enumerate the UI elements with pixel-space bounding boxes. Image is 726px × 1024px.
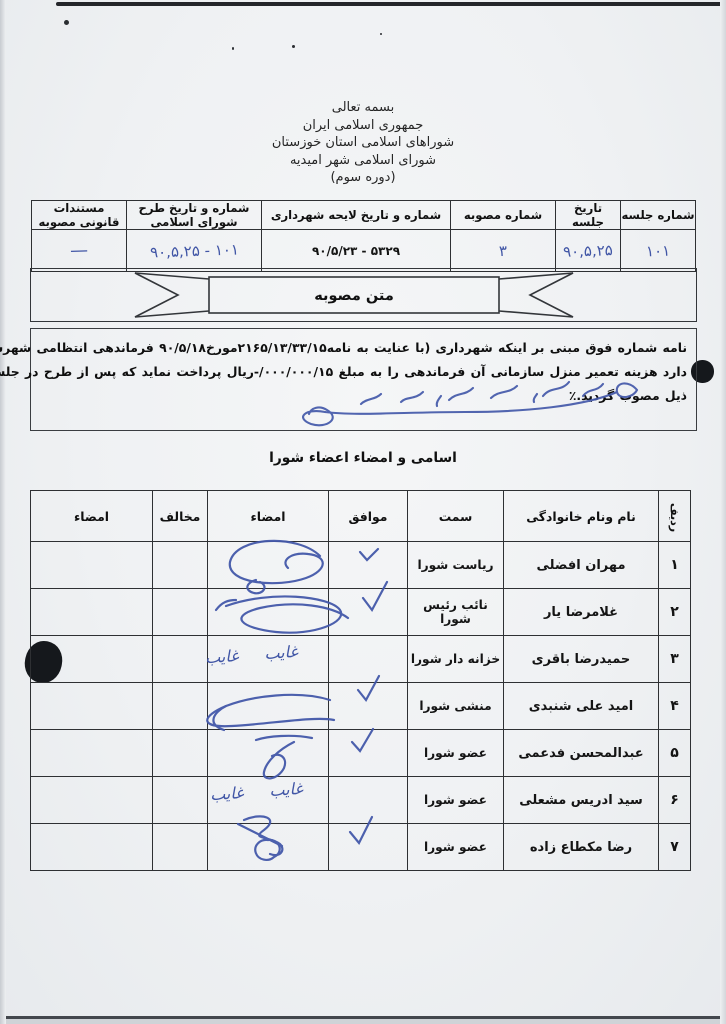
member-position: عضو شورا — [408, 824, 504, 871]
member-row: ۷ رضا مکطاع زاده عضو شورا — [31, 824, 691, 871]
session-info-header-row: شماره جلسه تاریخ جلسه شماره مصوبه شماره … — [32, 201, 696, 230]
scanned-council-resolution-page: بسمه تعالی جمهوری اسلامی ایران شوراهای ا… — [0, 0, 726, 1024]
header-signature-2: امضاء — [31, 491, 153, 542]
agree-cell — [329, 542, 408, 589]
member-row: ۳ حمیدرضا باقری خزانه دار شورا — [31, 636, 691, 683]
member-row: ۱ مهران افضلی ریاست شورا — [31, 542, 691, 589]
scan-bottom-shadow — [0, 1019, 726, 1024]
letterhead: بسمه تعالی جمهوری اسلامی ایران شوراهای ا… — [0, 99, 726, 187]
member-row: ۶ سید ادریس مشعلی عضو شورا — [31, 777, 691, 824]
signature-cell-2 — [31, 636, 153, 683]
member-row: ۴ امید علی شنبدی منشی شورا — [31, 683, 691, 730]
header-municipality-bill: شماره و تاریخ لایحه شهرداری — [262, 201, 451, 230]
value-legal-documents: — — [32, 230, 127, 272]
members-header-row: ردیف نام ونام خانوادگی سمت موافق امضاء م… — [31, 491, 691, 542]
letterhead-basmala: بسمه تعالی — [0, 99, 726, 117]
header-row-number: ردیف — [659, 491, 691, 542]
resolution-text-box: نامه شماره فوق مبنی بر اینکه شهرداری (با… — [30, 328, 697, 431]
resolution-line-1: نامه شماره فوق مبنی بر اینکه شهرداری (با… — [40, 336, 687, 360]
oppose-cell — [153, 542, 208, 589]
amount-value: -/۰۰۰/۰۰۰/۱۵ — [254, 360, 333, 384]
signature-cell-2 — [31, 730, 153, 777]
oppose-cell — [153, 730, 208, 777]
row-number: ۵ — [659, 730, 691, 777]
session-info-table: شماره جلسه تاریخ جلسه شماره مصوبه شماره … — [31, 200, 696, 272]
value-resolution-number: ۳ — [451, 230, 556, 272]
header-legal-documents: مستندات قانونی مصوبه — [32, 201, 127, 230]
agree-cell — [329, 589, 408, 636]
scan-speck — [380, 33, 382, 35]
member-position: خزانه دار شورا — [408, 636, 504, 683]
row-number: ۷ — [659, 824, 691, 871]
oppose-cell — [153, 636, 208, 683]
header-agree: موافق — [329, 491, 408, 542]
signature-cell — [208, 542, 329, 589]
scan-top-edge — [56, 2, 726, 6]
value-session-date: ۹۰,۵,۲۵ — [556, 230, 621, 272]
member-position: نائب رئیس شورا — [408, 589, 504, 636]
signature-cell — [208, 730, 329, 777]
row-number: ۱ — [659, 542, 691, 589]
scan-speck — [64, 20, 69, 25]
resolution-banner: متن مصوبه — [30, 268, 697, 322]
letterhead-province-councils: شوراهای اسلامی استان خوزستان — [0, 134, 726, 152]
members-table: ردیف نام ونام خانوادگی سمت موافق امضاء م… — [30, 490, 691, 871]
header-signature: امضاء — [208, 491, 329, 542]
signature-cell — [208, 683, 329, 730]
member-name: سید ادریس مشعلی — [504, 777, 659, 824]
oppose-cell — [153, 777, 208, 824]
letterhead-country: جمهوری اسلامی ایران — [0, 117, 726, 135]
resolution-line-2: دارد هزینه تعمیر منزل سازمانی آن فرمانده… — [40, 360, 687, 384]
value-council-plan: ۱۰۱ - ۹۰,۵,۲۵ — [127, 230, 262, 272]
member-name: مهران افضلی — [504, 542, 659, 589]
member-name: عبدالمحسن فدعمی — [504, 730, 659, 777]
member-position: عضو شورا — [408, 730, 504, 777]
signature-cell-2 — [31, 777, 153, 824]
banner-title: متن مصوبه — [209, 278, 499, 314]
header-full-name: نام ونام خانوادگی — [504, 491, 659, 542]
header-session-number: شماره جلسه — [621, 201, 696, 230]
row-number: ۲ — [659, 589, 691, 636]
oppose-cell — [153, 589, 208, 636]
value-municipality-bill: ۵۳۲۹ - ۹۰/۵/۲۳ — [262, 230, 451, 272]
header-resolution-number: شماره مصوبه — [451, 201, 556, 230]
agree-cell — [329, 636, 408, 683]
row-number: ۳ — [659, 636, 691, 683]
row-number: ۶ — [659, 777, 691, 824]
member-name: رضا مکطاع زاده — [504, 824, 659, 871]
member-position: منشی شورا — [408, 683, 504, 730]
session-info-value-row: ۱۰۱ ۹۰,۵,۲۵ ۳ ۵۳۲۹ - ۹۰/۵/۲۳ ۱۰۱ - ۹۰,۵,… — [32, 230, 696, 272]
agree-cell — [329, 777, 408, 824]
member-row: ۲ غلامرضا یار نائب رئیس شورا — [31, 589, 691, 636]
signature-cell — [208, 824, 329, 871]
signature-cell-2 — [31, 589, 153, 636]
header-position: سمت — [408, 491, 504, 542]
signature-cell-2 — [31, 824, 153, 871]
member-name: غلامرضا یار — [504, 589, 659, 636]
member-name: حمیدرضا باقری — [504, 636, 659, 683]
member-name: امید علی شنبدی — [504, 683, 659, 730]
letterhead-term: (دوره سوم) — [0, 169, 726, 187]
value-session-number: ۱۰۱ — [621, 230, 696, 272]
agree-cell — [329, 824, 408, 871]
header-session-date: تاریخ جلسه — [556, 201, 621, 230]
header-council-plan: شماره و تاریخ طرح شورای اسلامی — [127, 201, 262, 230]
scan-speck — [292, 45, 295, 48]
letterhead-city-council: شورای اسلامی شهر امیدیه — [0, 152, 726, 170]
agree-cell — [329, 730, 408, 777]
header-oppose: مخالف — [153, 491, 208, 542]
oppose-cell — [153, 824, 208, 871]
row-number: ۴ — [659, 683, 691, 730]
member-row: ۵ عبدالمحسن فدعمی عضو شورا — [31, 730, 691, 777]
member-position: عضو شورا — [408, 777, 504, 824]
signature-cell-2 — [31, 683, 153, 730]
oppose-cell — [153, 683, 208, 730]
signature-cell-2 — [31, 542, 153, 589]
agree-cell — [329, 683, 408, 730]
members-section-title: اسامی و امضاء اعضاء شورا — [0, 450, 726, 466]
signature-cell — [208, 589, 329, 636]
resolution-line-3: ذیل مصوب گردید.٪ — [40, 384, 687, 408]
member-position: ریاست شورا — [408, 542, 504, 589]
scan-speck — [232, 47, 234, 50]
